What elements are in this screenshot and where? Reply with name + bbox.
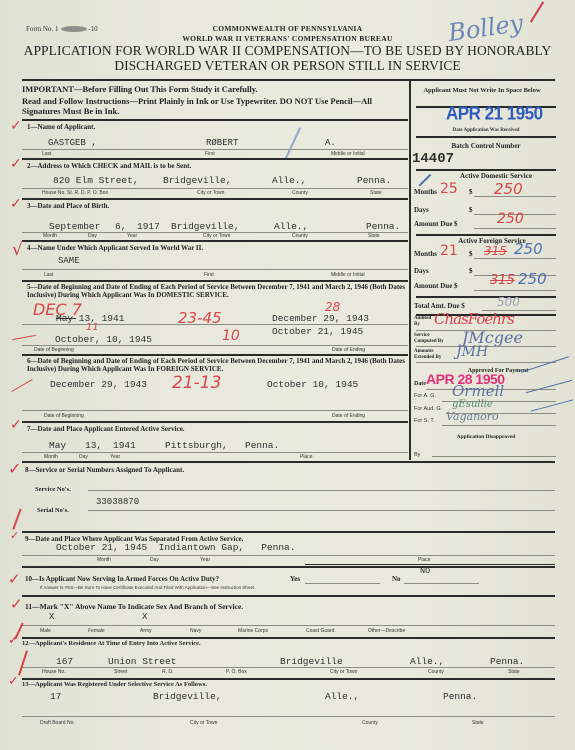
serial-nos-label: Serial No's. — [37, 507, 69, 514]
caption: Month — [44, 454, 58, 460]
q4-label: 4—Name Under Which Applicant Served In W… — [27, 244, 203, 252]
q1-first[interactable]: RØBERT — [206, 138, 238, 148]
q5-label: 5—Date of Beginning and Date of Ending o… — [27, 283, 405, 299]
caption: R. D. — [162, 669, 173, 675]
caption: Month — [97, 557, 111, 563]
caption: County — [362, 720, 378, 726]
handwritten-correction: 11 — [86, 322, 99, 333]
q7-year[interactable]: 1941 — [113, 440, 136, 451]
total-label: Total Amt. Due $ — [414, 302, 465, 310]
active-duty-answer[interactable]: NO — [420, 566, 430, 576]
q5-row2-begin[interactable]: October, 10, 1945 — [55, 334, 152, 345]
q5-row2-end[interactable]: October 21, 1945 — [272, 326, 363, 337]
divider — [22, 678, 555, 680]
q6-end[interactable]: October 10, 1945 — [267, 379, 358, 390]
blue-ink-mark — [526, 380, 573, 393]
caption: Day — [150, 557, 159, 563]
q3-city[interactable]: Bridgeville, — [171, 221, 239, 232]
q13-board[interactable]: 17 — [50, 691, 61, 702]
disapproved-label: Application Disapproved — [412, 434, 560, 440]
for-days-label: Days — [414, 267, 429, 275]
q2-label: 2—Address to Which CHECK and MAIL is to … — [27, 162, 191, 170]
q1-label: 1—Name of Applicant. — [27, 123, 95, 131]
dom-amount-value[interactable]: 250 — [494, 180, 523, 198]
underline — [22, 345, 408, 346]
dollar-sign: $ — [469, 188, 473, 196]
red-pencil-mark — [18, 650, 28, 675]
batch-label: Batch Control Number — [412, 142, 560, 150]
caption: Day — [79, 454, 88, 460]
q2-house[interactable]: 820 Elm Street, — [53, 175, 139, 186]
caption: Year — [127, 233, 137, 239]
divider — [22, 240, 408, 242]
caption: State — [370, 190, 382, 196]
for-months-label: Months — [414, 250, 437, 258]
divider — [416, 136, 556, 138]
q9-value[interactable]: October 21, 1945 Indiantown Gap, Penna. — [56, 542, 295, 553]
q12-label: 12—Applicant's Residence At Time of Entr… — [22, 640, 201, 647]
q10-label: 10—Is Applicant Now Serving In Armed For… — [25, 575, 219, 583]
dollar-sign: $ — [469, 206, 473, 214]
underline — [88, 510, 555, 511]
yes-field[interactable] — [305, 583, 380, 584]
q2-county[interactable]: Alle., — [272, 175, 306, 186]
page-title-1: APPLICATION FOR WORLD WAR II COMPENSATIO… — [0, 43, 575, 59]
serial-number[interactable]: 33038870 — [96, 497, 139, 507]
caption: County — [292, 233, 308, 239]
mark-male[interactable]: X — [49, 612, 54, 622]
divider — [22, 119, 408, 121]
caption: City or Town — [330, 669, 357, 675]
divider — [416, 234, 556, 236]
yes-label: Yes — [290, 575, 300, 583]
option-coast-guard[interactable]: Coast Guard — [306, 628, 334, 634]
option-army[interactable]: Army — [140, 628, 152, 634]
caption: County — [428, 669, 444, 675]
for-ag-label: For A. G. — [414, 393, 436, 399]
batch-number[interactable]: 14407 — [412, 151, 454, 167]
service-computed-label: Service Computed By — [414, 333, 450, 345]
important-note: IMPORTANT—Before Filling Out This Form S… — [22, 84, 258, 94]
q3-day[interactable]: 6, — [115, 221, 126, 232]
divider — [416, 169, 556, 171]
caption: Date of Ending — [332, 347, 365, 353]
divider — [22, 595, 555, 597]
q6-label: 6—Date of Beginning and Date of Ending o… — [27, 357, 405, 373]
underline — [474, 228, 556, 229]
q12-city[interactable]: Bridgeville — [280, 656, 343, 667]
date-label: Date — [414, 381, 426, 387]
blue-ink-mark — [285, 127, 301, 158]
dom-amount-due-label: Amount Due $ — [414, 220, 458, 228]
aud-g-signature: gEsullie — [452, 399, 493, 410]
header-divider — [22, 79, 555, 81]
underline — [22, 625, 555, 626]
red-pencil-mark — [12, 335, 36, 340]
option-male[interactable]: Male — [40, 628, 51, 634]
audited-label: Audited By — [414, 316, 434, 328]
no-label: No — [392, 575, 401, 583]
divider — [416, 296, 556, 298]
q12-house[interactable]: 167 — [56, 656, 73, 667]
caption: State — [508, 669, 520, 675]
checkmark-icon: ✓ — [10, 119, 22, 133]
divider — [22, 280, 408, 282]
sidebar-divider — [409, 80, 411, 460]
caption: House No. — [42, 669, 66, 675]
caption: Date of Beginning — [34, 347, 74, 353]
caption: County — [292, 190, 308, 196]
caption: State — [368, 233, 380, 239]
underline — [22, 149, 408, 150]
for-amount-struck: 315 — [484, 244, 507, 258]
received-stamp: APR 21 1950 — [446, 103, 543, 125]
caption: First — [205, 151, 215, 157]
red-pencil-mark — [12, 508, 21, 529]
for-due-value[interactable]: 250 — [518, 270, 547, 288]
caption: City or Town — [197, 190, 224, 196]
extended-signature: JMH — [456, 344, 488, 360]
q8-label: 8—Service or Serial Numbers Assigned To … — [25, 466, 184, 474]
q1-last[interactable]: GASTGEB , — [48, 138, 97, 148]
q13-city[interactable]: Bridgeville, — [153, 691, 221, 702]
option-female[interactable]: Female — [88, 628, 105, 634]
underline — [474, 290, 556, 291]
underline — [442, 425, 556, 426]
q6-begin[interactable]: December 29, 1943 — [50, 379, 147, 390]
underline — [22, 555, 555, 556]
for-due-struck: 315 — [490, 273, 515, 288]
divider — [22, 637, 555, 639]
page-title-2: DISCHARGED VETERAN OR PERSON STILL IN SE… — [0, 58, 575, 74]
caption: Year — [110, 454, 120, 460]
instructions-note: Read and Follow Instructions—Print Plain… — [22, 96, 404, 116]
mark-army[interactable]: X — [142, 612, 147, 622]
underline — [432, 456, 556, 457]
st-signature: Vaganoro — [446, 410, 499, 423]
checkmark-icon: ✓ — [8, 675, 19, 688]
form-page: Form No. 1 -10 COMMONWEALTH OF PENNSYLVA… — [0, 0, 575, 750]
caption: Draft Board No. — [40, 720, 75, 726]
caption: Date of Beginning — [44, 413, 84, 419]
handwritten-correction: 28 — [325, 300, 340, 314]
caption: First — [204, 272, 214, 278]
caption: Middle or Initial — [331, 151, 365, 157]
audited-signature: ChasFoehrs — [434, 310, 514, 328]
caption: City or Town — [190, 720, 217, 726]
divider — [22, 566, 555, 568]
underline — [22, 667, 555, 668]
caption: Month — [43, 233, 57, 239]
caption: Last — [42, 151, 51, 157]
checkmark-icon: ✓ — [10, 197, 22, 211]
total-value[interactable]: 500 — [497, 295, 520, 309]
q2-city[interactable]: Bridgeville, — [163, 175, 231, 186]
checkmark-icon: ✓ — [8, 634, 19, 647]
checkmark-icon: ✓ — [8, 461, 21, 477]
checkmark-icon: ✓ — [8, 572, 21, 587]
underline — [474, 258, 556, 259]
checkmark-icon: ✓ — [10, 530, 19, 541]
q3-county[interactable]: Alle., — [274, 221, 308, 232]
sidebar-header: Applicant Must Not Write In Space Below — [412, 87, 552, 95]
caption: State — [472, 720, 484, 726]
ag-signature: Ormell — [452, 382, 504, 400]
underline — [22, 324, 408, 325]
q3-state[interactable]: Penna. — [366, 221, 400, 232]
option-navy[interactable]: Navy — [190, 628, 201, 634]
amounts-extended-label: Amounts Extended By — [414, 349, 450, 361]
divider — [22, 158, 408, 160]
checkmark-icon: ✓ — [10, 418, 22, 432]
q11-label: 11—Mark "X" Above Name To Indicate Sex A… — [25, 602, 243, 611]
underline — [416, 362, 556, 363]
handwritten-months: 21-13 — [172, 373, 221, 393]
q5-row1-end[interactable]: December 29, 1943 — [272, 313, 369, 324]
caption: Date of Ending — [332, 413, 365, 419]
underline — [22, 452, 408, 453]
underline — [22, 269, 408, 270]
option-other[interactable]: Other—Describe — [368, 628, 405, 634]
checkmark-icon: ✓ — [10, 597, 23, 612]
q1-middle[interactable]: A. — [325, 138, 336, 148]
caption: Year — [200, 557, 210, 563]
handwritten-months: 10 — [222, 328, 240, 344]
caption: Last — [44, 272, 53, 278]
for-months-value[interactable]: 21 — [440, 243, 458, 259]
q7-day[interactable]: 13, — [85, 440, 102, 451]
q3-month[interactable]: September — [49, 221, 100, 232]
dollar-sign: $ — [469, 250, 473, 258]
for-aud-g-label: For Aud. G. — [414, 406, 442, 412]
underline — [22, 716, 555, 717]
divider — [22, 531, 555, 533]
q3-year[interactable]: 1917 — [137, 221, 160, 232]
strikethrough — [56, 318, 76, 319]
caption: House No. St. R. D. P. O. Box — [42, 190, 108, 196]
q7-label: 7—Date and Place Applicant Entered Activ… — [27, 425, 185, 433]
underline — [305, 564, 555, 565]
red-pencil-mark — [11, 379, 32, 392]
red-pencil-mark — [530, 1, 544, 22]
checkmark-icon: √ — [12, 242, 23, 259]
dollar-sign: $ — [469, 267, 473, 275]
dom-days-label: Days — [414, 206, 429, 214]
divider — [22, 421, 408, 423]
dom-months-value[interactable]: 25 — [440, 181, 458, 197]
for-st-label: For S. T. — [414, 418, 435, 424]
underline — [88, 490, 555, 491]
q13-state[interactable]: Penna. — [443, 691, 477, 702]
q13-label: 13—Applicant Was Registered Under Select… — [22, 681, 207, 688]
domestic-title: Active Domestic Service — [426, 172, 566, 180]
q12-state[interactable]: Penna. — [490, 656, 524, 667]
caption: Street — [114, 669, 127, 675]
caption: City or Town — [203, 233, 230, 239]
for-amount-due-label: Amount Due $ — [414, 282, 458, 290]
received-label: Date Application Was Received — [412, 128, 560, 133]
divider — [22, 461, 555, 463]
no-field[interactable] — [404, 583, 479, 584]
q4-value[interactable]: SAME — [58, 256, 80, 266]
q10-note: If Answer Is YES—Be Sure To Have Certifi… — [40, 585, 255, 590]
checkmark-icon: ✓ — [10, 157, 22, 171]
dom-months-label: Months — [414, 188, 437, 196]
q7-state[interactable]: Penna. — [245, 440, 279, 451]
caption: Place — [300, 454, 313, 460]
caption: Middle or Initial — [331, 272, 365, 278]
q7-month[interactable]: May — [49, 440, 66, 451]
service-nos-label: Service No's. — [35, 486, 71, 493]
blue-check-mark — [419, 174, 431, 186]
underline — [22, 188, 408, 189]
divider — [22, 354, 408, 356]
q13-county[interactable]: Alle., — [325, 691, 359, 702]
for-amount-value[interactable]: 250 — [514, 240, 543, 258]
by-label: By — [414, 452, 420, 458]
dom-due-value[interactable]: 250 — [497, 211, 524, 227]
q3-label: 3—Date and Place of Birth. — [27, 202, 109, 210]
caption: Place — [418, 557, 431, 563]
caption: Day — [88, 233, 97, 239]
caption: P. O. Box — [226, 669, 247, 675]
q7-place[interactable]: Pittsburgh, — [165, 440, 228, 451]
q12-county[interactable]: Alle., — [410, 656, 444, 667]
q2-state[interactable]: Penna. — [357, 175, 391, 186]
underline — [22, 410, 408, 411]
q12-street[interactable]: Union Street — [108, 656, 176, 667]
divider — [22, 198, 408, 200]
option-marine-corps[interactable]: Marine Corps — [238, 628, 268, 634]
